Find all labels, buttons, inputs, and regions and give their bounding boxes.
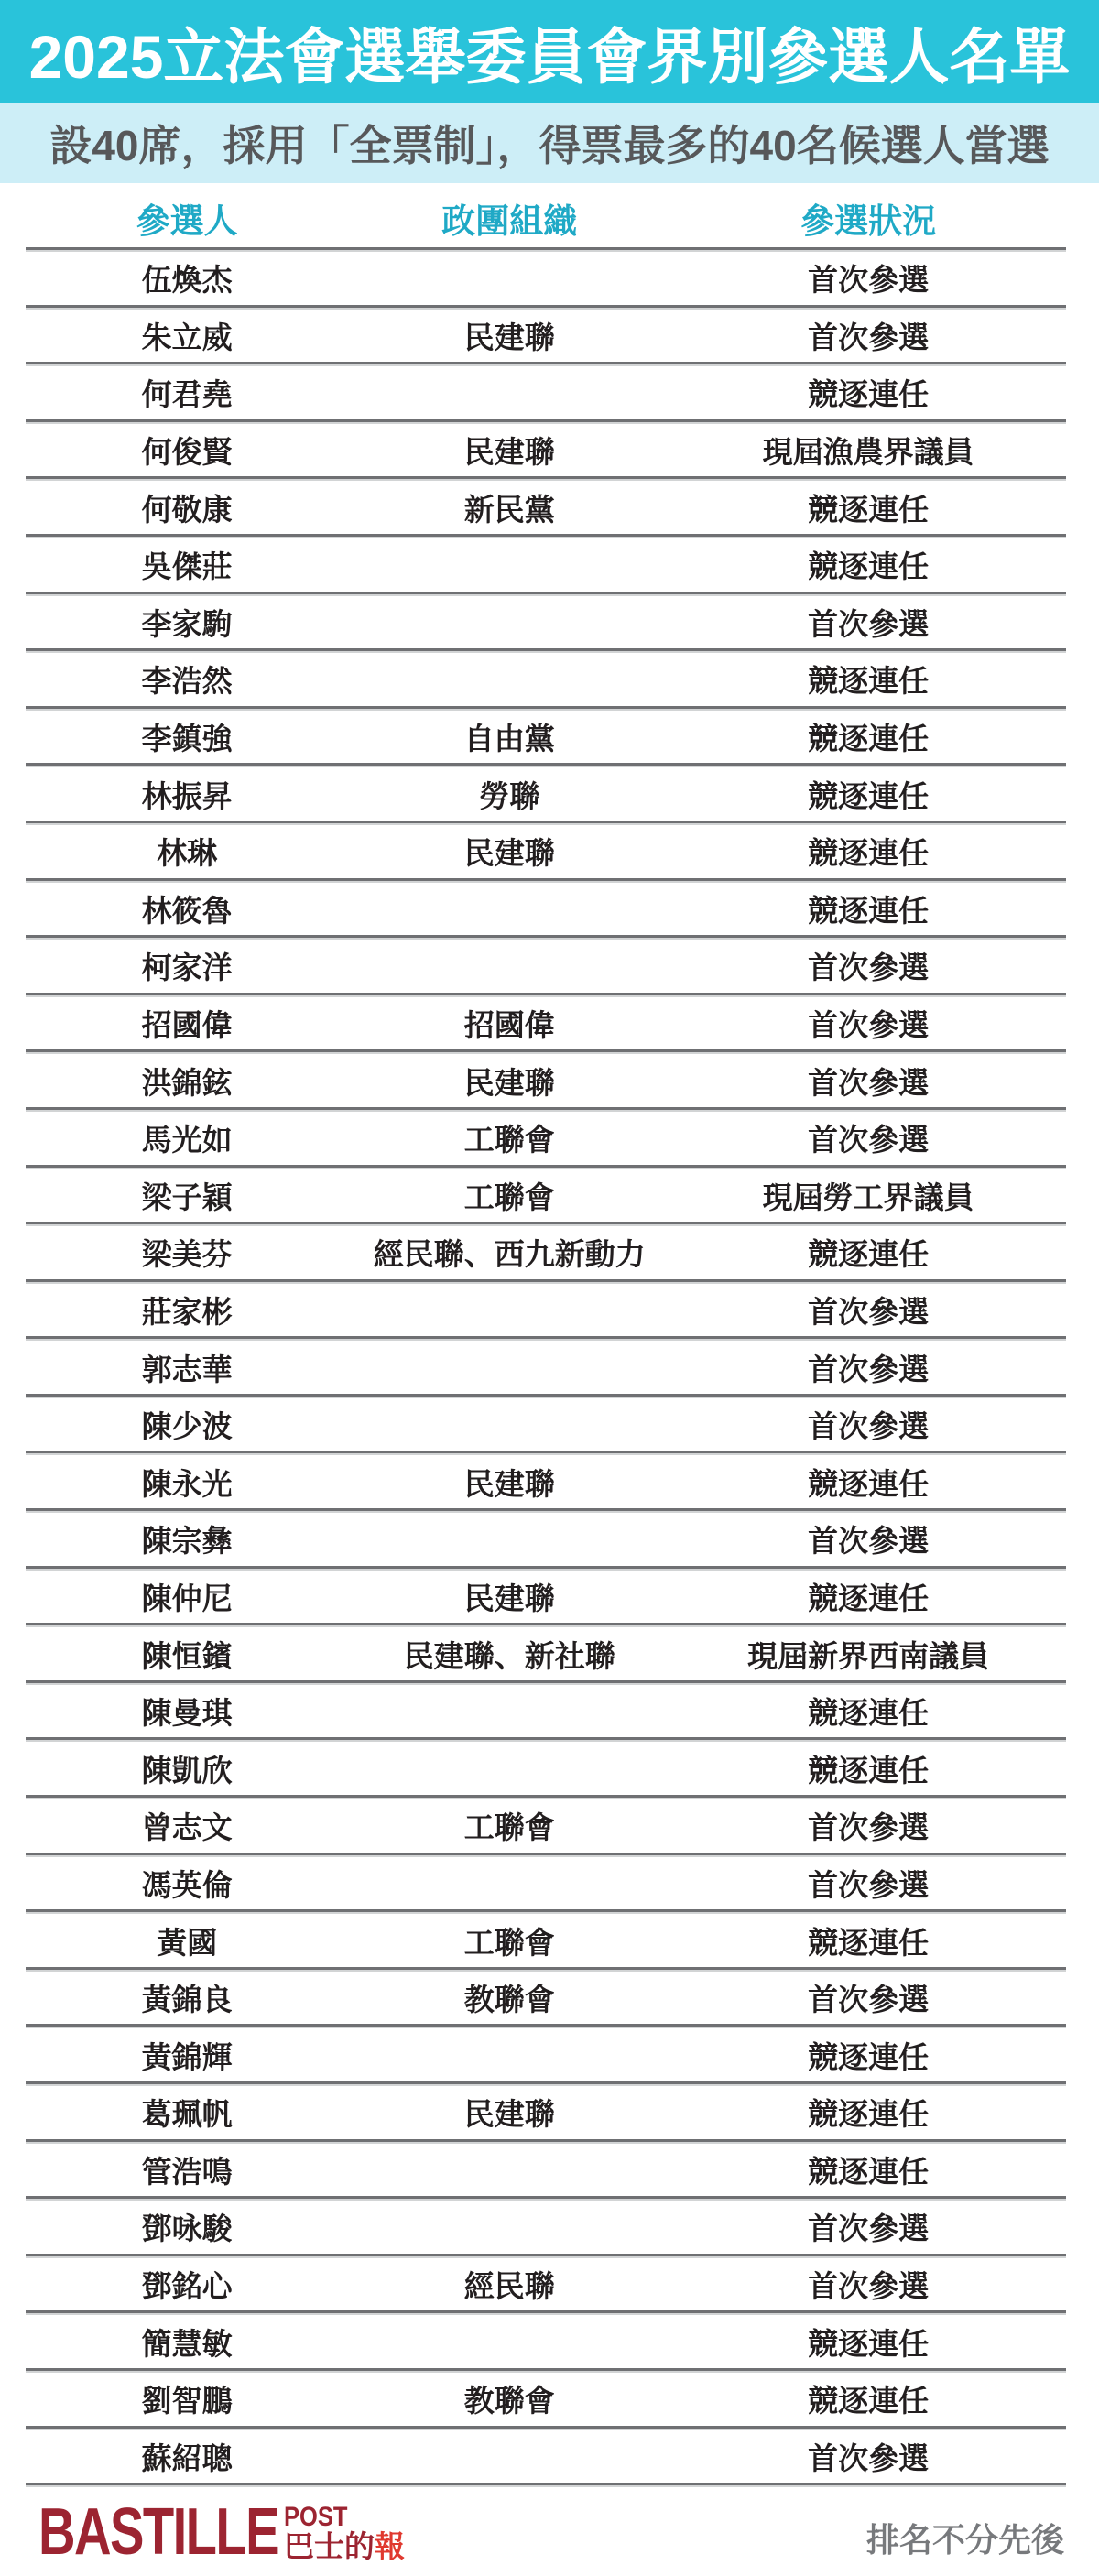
cell-candidate-name: 郭志華 (26, 1346, 348, 1389)
cell-organization: 教聯會 (348, 1976, 670, 2019)
cell-status: 競逐連任 (670, 887, 1066, 930)
table-row: 朱立威民建聯首次參選 (26, 310, 1066, 363)
cell-status: 首次參選 (670, 1116, 1066, 1159)
column-header-organization: 政團組織 (348, 193, 670, 243)
cell-candidate-name: 李家駒 (26, 601, 348, 644)
logo-chinese-part: 巴士的 (284, 2529, 375, 2563)
footer: BASTILLE POST 巴士的報 排名不分先後 (0, 2487, 1099, 2563)
table-row: 劉智鵬教聯會競逐連任 (26, 2373, 1066, 2426)
table-row: 黃國工聯會競逐連任 (26, 1914, 1066, 1967)
table-row: 李家駒首次參選 (26, 596, 1066, 649)
cell-organization: 新民黨 (348, 486, 670, 529)
cell-candidate-name: 陳凱欣 (26, 1747, 348, 1790)
cell-status: 競逐連任 (670, 1747, 1066, 1790)
cell-candidate-name: 洪錦鉉 (26, 1060, 348, 1103)
table-row: 梁子穎工聯會現屆勞工界議員 (26, 1169, 1066, 1223)
cell-organization: 招國偉 (348, 1002, 670, 1045)
table-row: 葛珮帆民建聯競逐連任 (26, 2086, 1066, 2139)
table-row: 林琳民建聯競逐連任 (26, 825, 1066, 878)
table-row: 林振昇勞聯競逐連任 (26, 767, 1066, 821)
cell-candidate-name: 陳恒鑌 (26, 1633, 348, 1676)
cell-candidate-name: 吳傑莊 (26, 543, 348, 586)
table-body: 伍煥杰首次參選朱立威民建聯首次參選何君堯競逐連任何俊賢民建聯現屆漁農界議員何敬康… (26, 247, 1066, 2487)
cell-status: 首次參選 (670, 1804, 1066, 1847)
table-row: 吳傑莊競逐連任 (26, 538, 1066, 592)
cell-organization: 民建聯、新社聯 (348, 1633, 670, 1676)
table-row: 陳仲尼民建聯競逐連任 (26, 1571, 1066, 1624)
cell-candidate-name: 馮英倫 (26, 1862, 348, 1905)
cell-status: 首次參選 (670, 2435, 1066, 2478)
table-row: 何君堯競逐連任 (26, 366, 1066, 419)
table-row: 馮英倫首次參選 (26, 1857, 1066, 1910)
cell-organization: 教聯會 (348, 2377, 670, 2420)
cell-organization: 民建聯 (348, 1461, 670, 1504)
logo-side-stack: POST 巴士的報 (284, 2504, 405, 2563)
table-row: 蘇紹聰首次參選 (26, 2430, 1066, 2484)
cell-status: 首次參選 (670, 1060, 1066, 1103)
title-banner: 2025立法會選舉委員會界別參選人名單 (0, 0, 1099, 103)
cell-status: 競逐連任 (670, 1690, 1066, 1733)
cell-organization: 工聯會 (348, 1919, 670, 1962)
cell-candidate-name: 曾志文 (26, 1804, 348, 1847)
cell-status: 競逐連任 (670, 543, 1066, 586)
cell-candidate-name: 陳永光 (26, 1461, 348, 1504)
cell-status: 首次參選 (670, 944, 1066, 987)
table-row: 陳永光民建聯競逐連任 (26, 1455, 1066, 1508)
table-row: 招國偉招國偉首次參選 (26, 997, 1066, 1050)
cell-status: 首次參選 (670, 1346, 1066, 1389)
cell-candidate-name: 柯家洋 (26, 944, 348, 987)
cell-candidate-name: 招國偉 (26, 1002, 348, 1045)
table-row: 何敬康新民黨競逐連任 (26, 481, 1066, 534)
cell-candidate-name: 陳曼琪 (26, 1690, 348, 1733)
cell-status: 競逐連任 (670, 1461, 1066, 1504)
cell-organization: 民建聯 (348, 830, 670, 873)
cell-candidate-name: 林振昇 (26, 773, 348, 816)
table-row: 黃錦輝競逐連任 (26, 2028, 1066, 2081)
table-row: 簡慧敏競逐連任 (26, 2315, 1066, 2368)
cell-candidate-name: 馬光如 (26, 1116, 348, 1159)
table-row: 鄧咏駿首次參選 (26, 2201, 1066, 2254)
cell-status: 競逐連任 (670, 486, 1066, 529)
cell-status: 首次參選 (670, 1862, 1066, 1905)
cell-status: 競逐連任 (670, 2034, 1066, 2077)
cell-candidate-name: 鄧銘心 (26, 2263, 348, 2306)
cell-candidate-name: 黃國 (26, 1919, 348, 1962)
cell-status: 現屆漁農界議員 (670, 429, 1066, 472)
cell-organization: 民建聯 (348, 2091, 670, 2134)
logo-chinese-last-char: 報 (375, 2529, 405, 2563)
cell-candidate-name: 何君堯 (26, 371, 348, 414)
cell-organization: 工聯會 (348, 1116, 670, 1159)
cell-status: 競逐連任 (670, 1231, 1066, 1274)
table-row: 鄧銘心經民聯首次參選 (26, 2258, 1066, 2311)
cell-candidate-name: 葛珮帆 (26, 2091, 348, 2134)
cell-status: 首次參選 (670, 2205, 1066, 2248)
cell-status: 競逐連任 (670, 2377, 1066, 2420)
table-row: 何俊賢民建聯現屆漁農界議員 (26, 424, 1066, 477)
cell-organization: 經民聯 (348, 2263, 670, 2306)
logo-post-text: POST (284, 2504, 386, 2531)
cell-organization: 民建聯 (348, 1575, 670, 1618)
table-row: 馬光如工聯會首次參選 (26, 1112, 1066, 1165)
table-row: 陳宗彝首次參選 (26, 1513, 1066, 1566)
cell-candidate-name: 劉智鵬 (26, 2377, 348, 2420)
cell-candidate-name: 陳少波 (26, 1403, 348, 1446)
cell-candidate-name: 何俊賢 (26, 429, 348, 472)
candidates-table: 參選人 政團組織 參選狀況 伍煥杰首次參選朱立威民建聯首次參選何君堯競逐連任何俊… (26, 183, 1066, 2487)
table-row: 陳凱欣競逐連任 (26, 1742, 1066, 1795)
cell-status: 首次參選 (670, 314, 1066, 357)
cell-candidate-name: 陳宗彝 (26, 1517, 348, 1560)
cell-status: 競逐連任 (670, 773, 1066, 816)
table-row: 陳恒鑌民建聯、新社聯現屆新界西南議員 (26, 1627, 1066, 1680)
cell-status: 競逐連任 (670, 715, 1066, 758)
cell-candidate-name: 朱立威 (26, 314, 348, 357)
cell-organization: 工聯會 (348, 1174, 670, 1217)
cell-organization: 勞聯 (348, 773, 670, 816)
cell-status: 首次參選 (670, 256, 1066, 299)
cell-organization: 自由黨 (348, 715, 670, 758)
logo-chinese-name: 巴士的報 (284, 2531, 405, 2563)
cell-candidate-name: 管浩鳴 (26, 2148, 348, 2191)
cell-candidate-name: 黃錦輝 (26, 2034, 348, 2077)
cell-candidate-name: 梁子穎 (26, 1174, 348, 1217)
column-header-candidate: 參選人 (26, 193, 348, 243)
cell-status: 首次參選 (670, 601, 1066, 644)
cell-candidate-name: 黃錦良 (26, 1976, 348, 2019)
cell-candidate-name: 鄧咏駿 (26, 2205, 348, 2248)
column-header-status: 參選狀況 (670, 193, 1066, 243)
cell-organization: 工聯會 (348, 1804, 670, 1847)
table-row: 伍煥杰首次參選 (26, 252, 1066, 305)
cell-status: 競逐連任 (670, 1919, 1066, 1962)
cell-organization: 民建聯 (348, 429, 670, 472)
cell-candidate-name: 莊家彬 (26, 1288, 348, 1331)
table-row: 曾志文工聯會首次參選 (26, 1799, 1066, 1853)
cell-status: 競逐連任 (670, 2148, 1066, 2191)
cell-organization: 民建聯 (348, 1060, 670, 1103)
table-row: 莊家彬首次參選 (26, 1284, 1066, 1337)
cell-status: 首次參選 (670, 2263, 1066, 2306)
table-row: 柯家洋首次參選 (26, 940, 1066, 993)
cell-candidate-name: 陳仲尼 (26, 1575, 348, 1618)
table-row: 梁美芬經民聯、西九新動力競逐連任 (26, 1226, 1066, 1279)
table-row: 李浩然競逐連任 (26, 653, 1066, 706)
cell-candidate-name: 何敬康 (26, 486, 348, 529)
cell-candidate-name: 李浩然 (26, 658, 348, 701)
subtitle-band: 設40席，採用「全票制」，得票最多的40名候選人當選 (0, 103, 1099, 183)
cell-status: 首次參選 (670, 1403, 1066, 1446)
page-subtitle: 設40席，採用「全票制」，得票最多的40名候選人當選 (49, 113, 1049, 173)
cell-candidate-name: 伍煥杰 (26, 256, 348, 299)
cell-status: 競逐連任 (670, 830, 1066, 873)
cell-candidate-name: 林筱魯 (26, 887, 348, 930)
table-row: 林筱魯競逐連任 (26, 883, 1066, 936)
cell-status: 競逐連任 (670, 371, 1066, 414)
table-row: 郭志華首次參選 (26, 1341, 1066, 1394)
cell-candidate-name: 蘇紹聰 (26, 2435, 348, 2478)
table-row: 管浩鳴競逐連任 (26, 2144, 1066, 2197)
table-row: 黃錦良教聯會首次參選 (26, 1972, 1066, 2025)
bastille-post-logo: BASTILLE POST 巴士的報 (38, 2502, 405, 2563)
table-row: 陳曼琪競逐連任 (26, 1685, 1066, 1738)
cell-organization: 民建聯 (348, 314, 670, 357)
table-row: 洪錦鉉民建聯首次參選 (26, 1054, 1066, 1107)
ranking-note: 排名不分先後 (866, 2515, 1064, 2561)
cell-candidate-name: 梁美芬 (26, 1231, 348, 1274)
table-row: 陳少波首次參選 (26, 1398, 1066, 1451)
cell-status: 首次參選 (670, 1002, 1066, 1045)
table-row: 李鎮強自由黨競逐連任 (26, 711, 1066, 764)
page-title: 2025立法會選舉委員會界別參選人名單 (29, 8, 1071, 95)
cell-candidate-name: 簡慧敏 (26, 2321, 348, 2364)
cell-status: 現屆勞工界議員 (670, 1174, 1066, 1217)
cell-status: 首次參選 (670, 1976, 1066, 2019)
cell-candidate-name: 李鎮強 (26, 715, 348, 758)
table-header-row: 參選人 政團組織 參選狀況 (26, 183, 1066, 247)
cell-status: 競逐連任 (670, 2321, 1066, 2364)
cell-status: 競逐連任 (670, 2091, 1066, 2134)
cell-status: 競逐連任 (670, 658, 1066, 701)
cell-organization: 經民聯、西九新動力 (348, 1231, 670, 1274)
logo-wordmark: BASTILLE (38, 2502, 278, 2562)
cell-status: 首次參選 (670, 1517, 1066, 1560)
cell-candidate-name: 林琳 (26, 830, 348, 873)
cell-status: 現屆新界西南議員 (670, 1633, 1066, 1676)
cell-status: 首次參選 (670, 1288, 1066, 1331)
cell-status: 競逐連任 (670, 1575, 1066, 1618)
